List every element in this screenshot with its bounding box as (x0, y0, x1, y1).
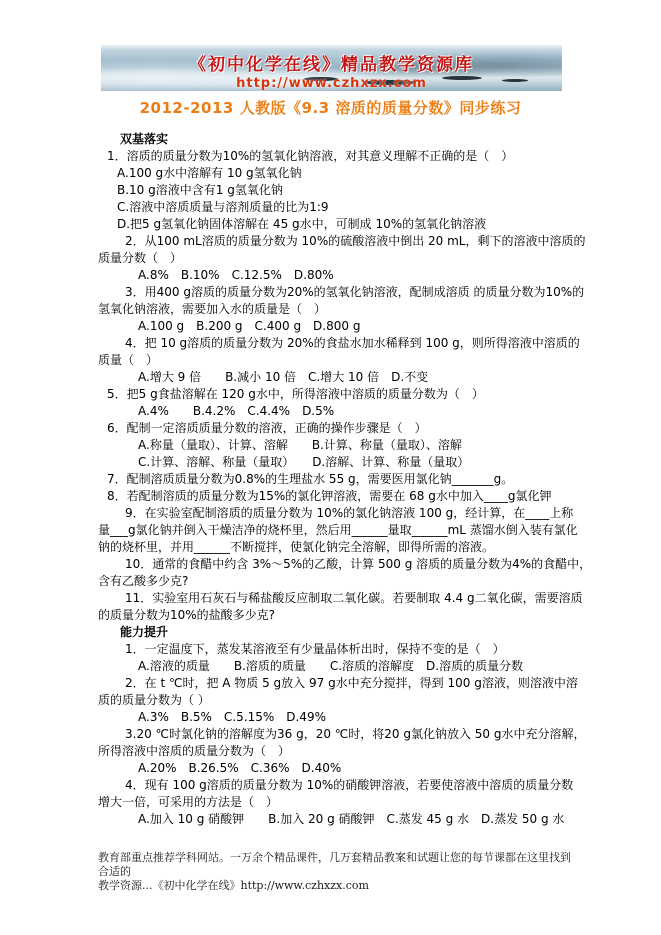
question-line: 1．一定温度下，蒸发某溶液至有少量晶体析出时，保持不变的是（ ） (125, 641, 576, 658)
question-continuation: 所得溶液中溶质的质量分数为（ ） (98, 743, 576, 760)
section-heading-advanced: 能力提升 (120, 624, 576, 641)
question-continuation: 钠的烧杯里，并用______不断搅拌，使氯化钠完全溶解，即得所需的溶液。 (98, 539, 576, 556)
option-line: C.溶液中溶质质量与溶剂质量的比为1:9 (117, 199, 576, 216)
option-line: C.计算、溶解、称量（量取） D.溶解、计算、称量（量取） (138, 454, 576, 471)
question-line: 3．用400 g溶质的质量分数为20%的氢氧化钠溶液，配制成溶质 的质量分数为1… (125, 284, 576, 301)
option-line: A.加入 10 g 硝酸钾 B.加入 20 g 硝酸钾 C.蒸发 45 g 水 … (138, 811, 576, 828)
question-line: 10．通常的食醋中约含 3%～5%的乙酸，计算 500 g 溶质的质量分数为4%… (125, 556, 576, 573)
option-line: A.4% B.4.2% C.4.4% D.5% (138, 403, 576, 420)
option-line: A.100 g B.200 g C.400 g D.800 g (138, 318, 576, 335)
question-line: 2．从100 mL溶质的质量分数为 10%的硫酸溶液中倒出 20 mL，剩下的溶… (125, 233, 576, 250)
question-line: 4．现有 100 g溶质的质量分数为 10%的硝酸钾溶液，若要使溶液中溶质的质量… (125, 777, 576, 794)
question-line: 11．实验室用石灰石与稀盐酸反应制取二氧化碳。若要制取 4.4 g二氧化碳，需要… (125, 590, 576, 607)
banner-site-name: 《初中化学在线》精品教学资源库 (101, 50, 562, 75)
footer-promo: 教育部重点推荐学科网站。一万余个精品课件，几万套精品教案和试题让您的每节课都在这… (98, 851, 578, 893)
option-line: A.3% B.5% C.5.15% D.49% (138, 709, 576, 726)
question-line: 9．在实验室配制溶质的质量分数为 10%的氯化钠溶液 100 g，经计算，在__… (125, 505, 576, 522)
option-line: A.溶液的质量 B.溶质的质量 C.溶质的溶解度 D.溶质的质量分数 (138, 658, 576, 675)
question-continuation: 质量分数（ ） (98, 250, 576, 267)
question-line: 4．把 10 g溶质的质量分数为 20%的食盐水加水稀释到 100 g，则所得溶… (125, 335, 576, 352)
option-line: D.把5 g氢氧化钠固体溶解在 45 g水中，可制成 10%的氢氧化钠溶液 (117, 216, 576, 233)
question-continuation: 含有乙酸多少克? (98, 573, 576, 590)
question-continuation: 增大一倍，可采用的方法是（ ） (98, 794, 576, 811)
question-continuation: 的质量分数为10%的盐酸多少克? (98, 607, 576, 624)
question-line: 2．在 t ℃时，把 A 物质 5 g放入 97 g水中充分搅拌，得到 100 … (125, 675, 576, 692)
page-title: 2012-2013 人教版《9.3 溶质的质量分数》同步练习 (0, 97, 661, 118)
option-line: A.增大 9 倍 B.减小 10 倍 C.增大 10 倍 D.不变 (138, 369, 576, 386)
footer-promo-line1: 教育部重点推荐学科网站。一万余个精品课件，几万套精品教案和试题让您的每节课都在这… (98, 851, 578, 879)
question-continuation: 氢氧化钠溶液，需要加入水的质量是（ ） (98, 301, 576, 318)
option-line: A.20% B.26.5% C.36% D.40% (138, 760, 576, 777)
footer-promo-line2: 教学资源...《初中化学在线》http://www.czhxzx.com (98, 879, 578, 893)
option-line: A.8% B.10% C.12.5% D.80% (138, 267, 576, 284)
worksheet-body: 双基落实 1．溶质的质量分数为10%的氢氧化钠溶液，对其意义理解不正确的是（ ）… (98, 131, 576, 828)
section-heading-basics: 双基落实 (120, 131, 576, 148)
option-line: A.称量（量取）、计算、溶解 B.计算、称量（量取）、溶解 (138, 437, 576, 454)
question-line: 1．溶质的质量分数为10%的氢氧化钠溶液，对其意义理解不正确的是（ ） (107, 148, 576, 165)
question-continuation: 质量（ ） (98, 352, 576, 369)
question-continuation: 质的质量分数为（ ） (98, 692, 576, 709)
question-line: 6．配制一定溶质质量分数的溶液，正确的操作步骤是（ ） (107, 420, 576, 437)
question-line: 8．若配制溶质的质量分数为15%的氯化钾溶液，需要在 68 g水中加入____g… (107, 488, 576, 505)
question-continuation: 量___g氯化钠并倒入干燥洁净的烧杯里，然后用______量取______mL … (98, 522, 576, 539)
site-banner: 《初中化学在线》精品教学资源库 http://www.czhxzx.com (101, 45, 562, 91)
question-line: 3.20 ℃时氯化钠的溶解度为36 g，20 ℃时，将20 g氯化钠放入 50 … (125, 726, 576, 743)
option-line: B.10 g溶液中含有1 g氢氧化钠 (117, 182, 576, 199)
option-line: A.100 g水中溶解有 10 g氢氧化钠 (117, 165, 576, 182)
banner-site-url: http://www.czhxzx.com (101, 76, 562, 91)
question-line: 7．配制溶质质量分数为0.8%的生理盐水 55 g，需要医用氯化钠_______… (107, 471, 576, 488)
question-line: 5．把5 g食盐溶解在 120 g水中，所得溶液中溶质的质量分数为（ ） (107, 386, 576, 403)
